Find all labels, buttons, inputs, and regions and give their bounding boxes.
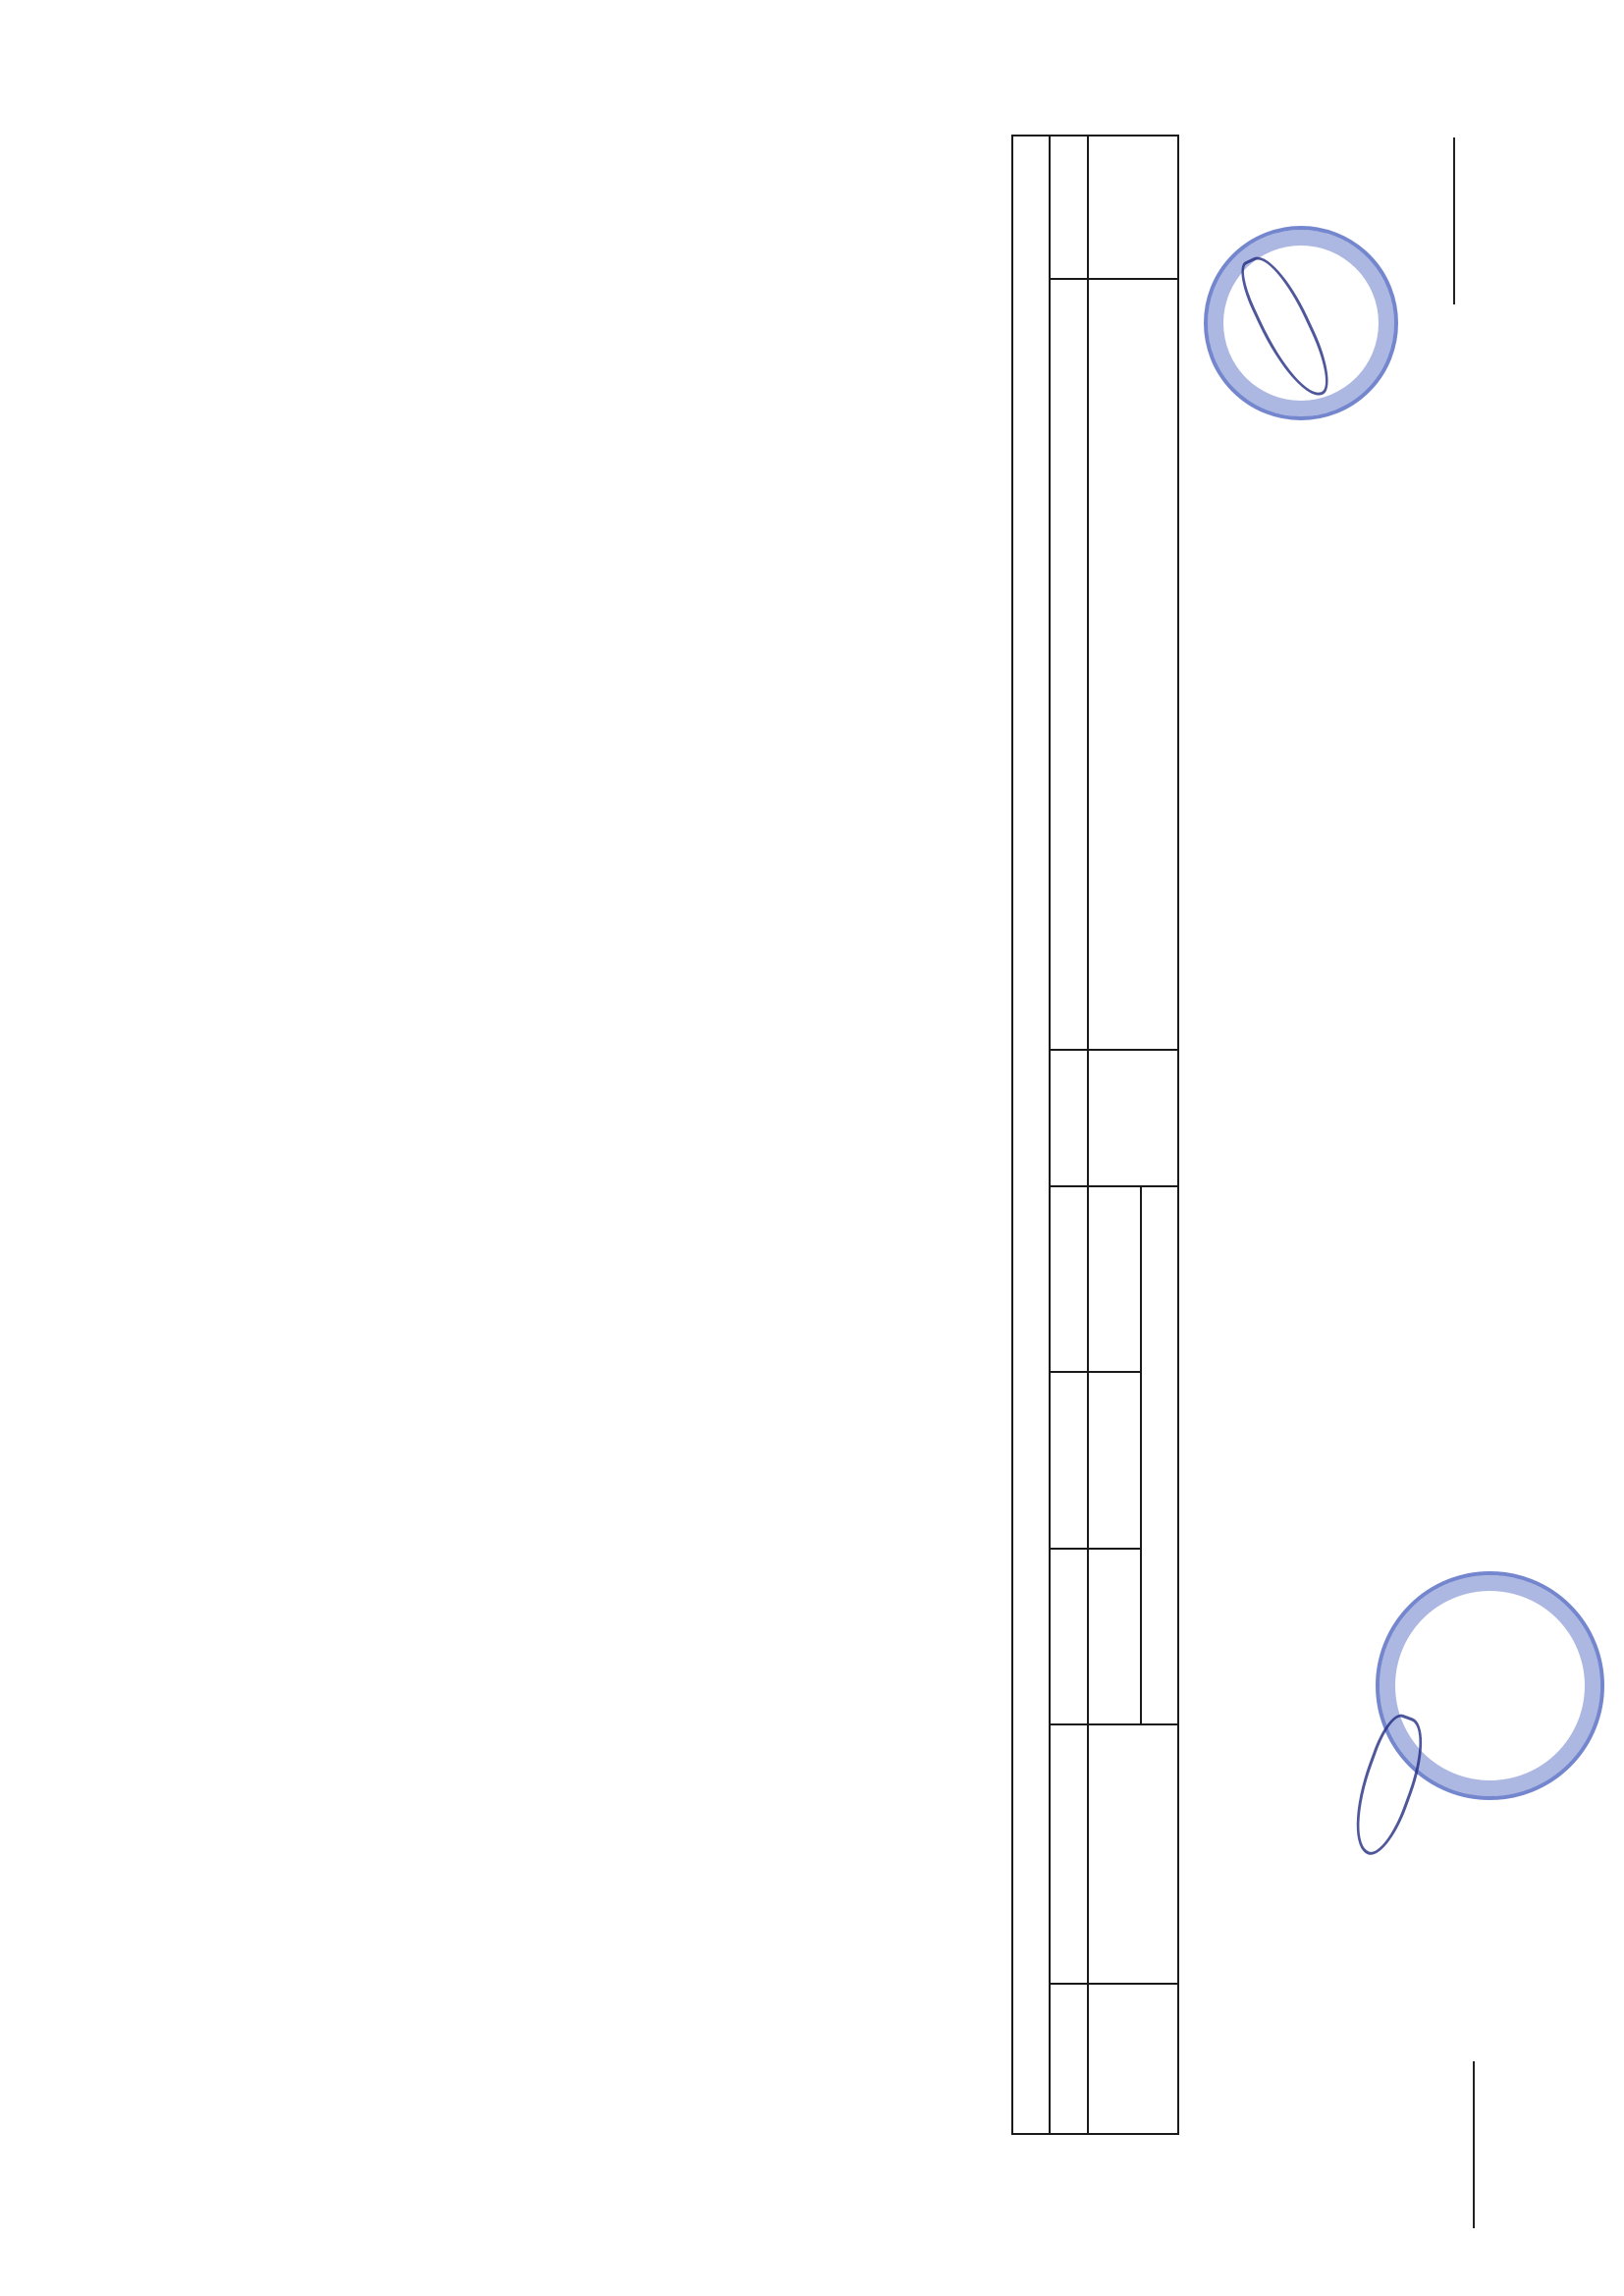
handwritten-signature-icon [1232,247,1339,407]
breakfast-section-row [1012,136,1050,2134]
menu-table [1011,135,1179,2135]
col-header-dish-name [1088,279,1178,1050]
approved-signature-line [1462,1861,1491,2234]
column-number [1050,136,1088,279]
col-header-protein [1088,1186,1141,1372]
column-number [1050,1549,1088,1724]
signature-line [1473,2061,1477,2228]
col-header-portion-mass [1088,1050,1178,1186]
company-stamp [1376,1571,1604,1800]
menu-document-page [0,0,1624,2296]
column-number [1050,1984,1088,2134]
table-header-row [1141,136,1178,2134]
agreed-block [1442,137,1472,648]
school-stamp [1204,226,1398,420]
column-number [1050,1724,1088,1984]
col-header-energy [1088,1724,1178,1984]
breakfast-section-title [1012,136,1050,2134]
col-header-nutrients [1141,1186,1178,1724]
column-number [1050,1050,1088,1186]
menu-table-body [1012,136,1088,2134]
col-header-fat [1088,1372,1141,1549]
column-number [1050,279,1088,1050]
agreed-signature-line [1442,137,1472,648]
handwritten-signature-icon [1340,1710,1436,1862]
column-number [1050,1372,1088,1549]
signature-line [1453,137,1457,304]
col-header-carbs [1088,1549,1141,1724]
col-header-recipe-no [1088,136,1178,279]
approved-block [1462,1861,1491,2234]
col-header-price [1088,1984,1178,2134]
column-number-row [1050,136,1088,2134]
column-number [1050,1186,1088,1372]
